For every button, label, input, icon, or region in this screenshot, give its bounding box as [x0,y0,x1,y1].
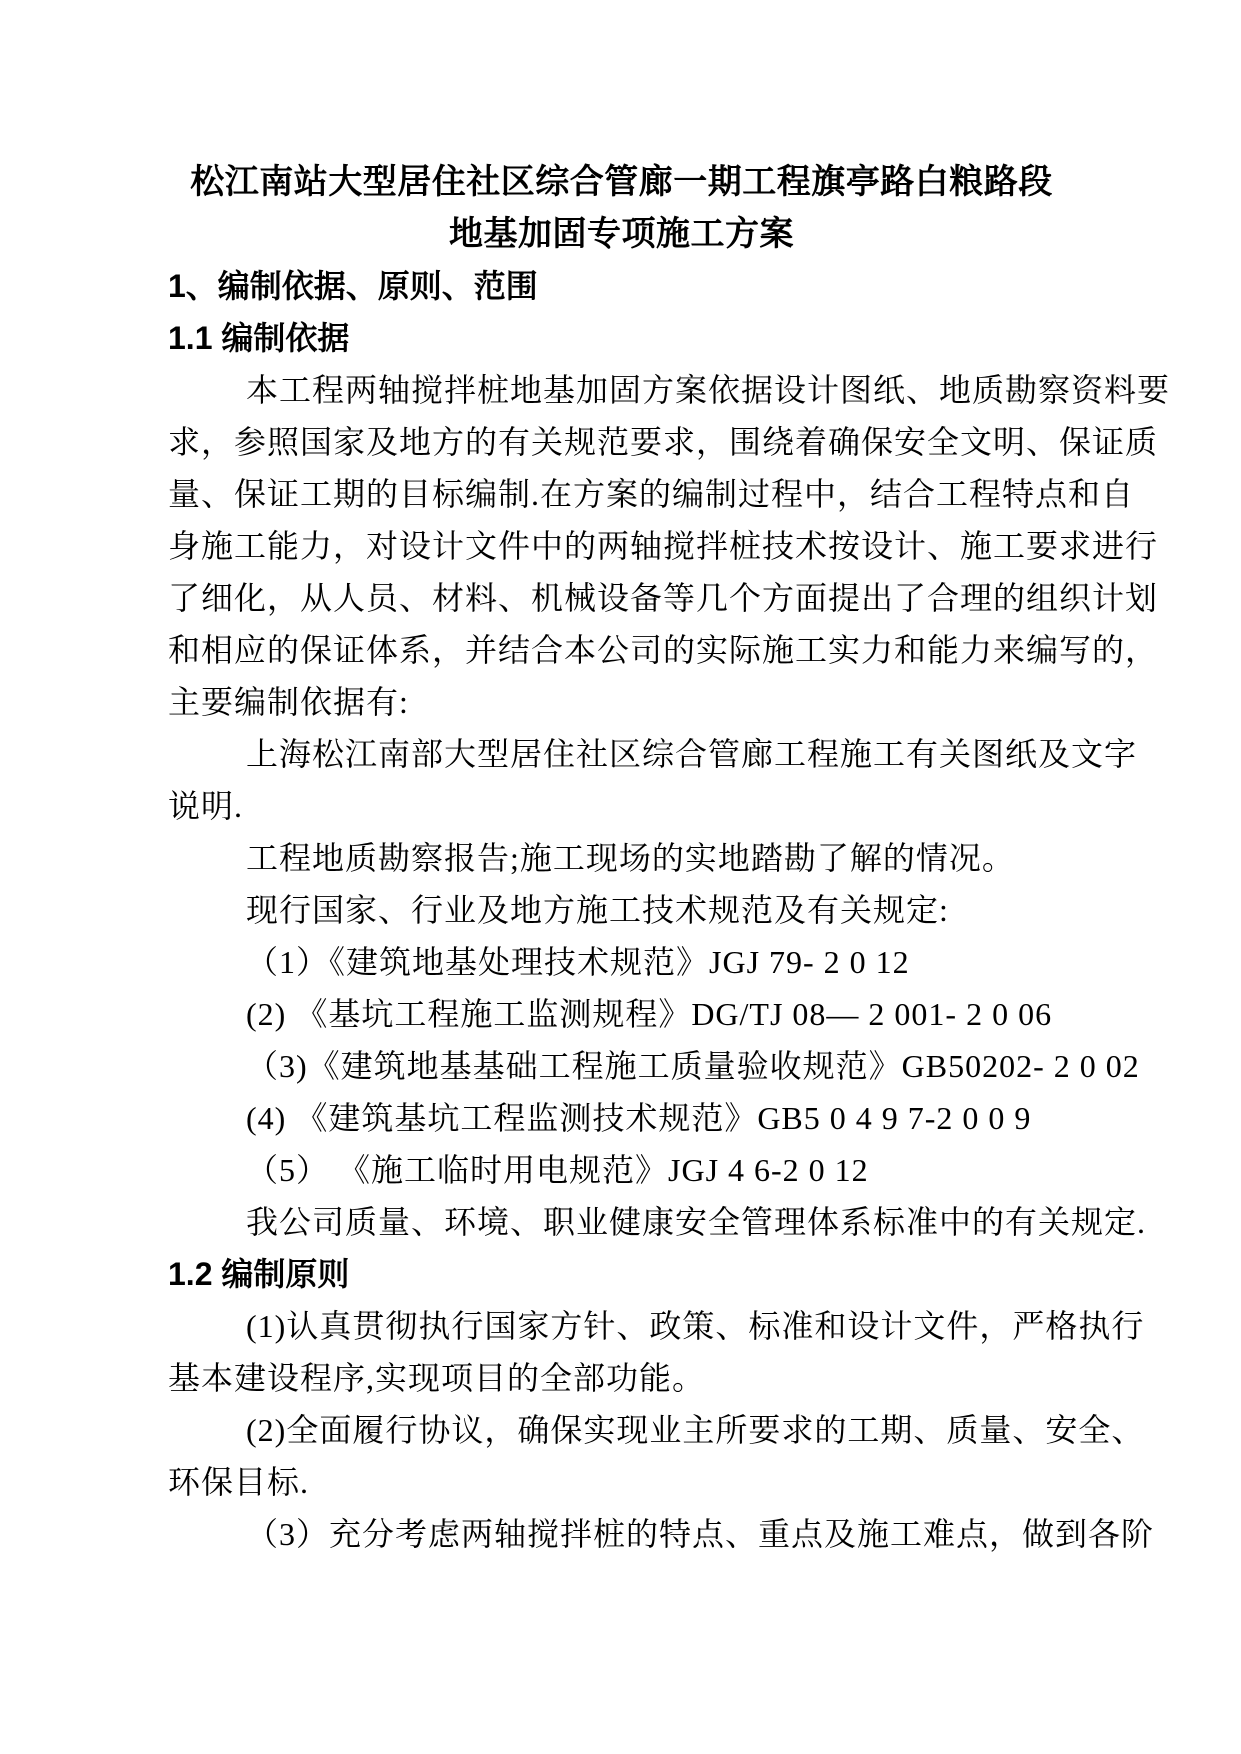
body-line: 基本建设程序,实现项目的全部功能。 [168,1352,1075,1404]
body-line: 上海松江南部大型居住社区综合管廊工程施工有关图纸及文字 [168,728,1075,780]
section-heading: 1、编制依据、原则、范围 [168,260,1075,312]
body-line: 了细化，从人员、材料、机械设备等几个方面提出了合理的组织计划 [168,572,1075,624]
body-line: 环保目标. [168,1456,1075,1508]
body-line: （5） 《施工临时用电规范》JGJ 4 6-2 0 12 [168,1144,1075,1196]
document-body: 1、编制依据、原则、范围1.1 编制依据本工程两轴搅拌桩地基加固方案依据设计图纸… [168,260,1075,1560]
body-line: （3)《建筑地基基础工程施工质量验收规范》GB50202- 2 0 02 [168,1040,1075,1092]
body-line: 现行国家、行业及地方施工技术规范及有关规定: [168,884,1075,936]
body-line: (1)认真贯彻执行国家方针、政策、标准和设计文件，严格执行 [168,1300,1075,1352]
body-line: 说明. [168,780,1075,832]
document-title-line-2: 地基加固专项施工方案 [168,208,1075,260]
body-line: （3）充分考虑两轴搅拌桩的特点、重点及施工难点，做到各阶 [168,1508,1075,1560]
body-line: （1）《建筑地基处理技术规范》JGJ 79- 2 0 12 [168,936,1075,988]
body-line: 身施工能力，对设计文件中的两轴搅拌桩技术按设计、施工要求进行 [168,520,1075,572]
body-line: 工程地质勘察报告;施工现场的实地踏勘了解的情况。 [168,832,1075,884]
body-line: (4) 《建筑基坑工程监测技术规范》GB5 0 4 9 7-2 0 0 9 [168,1092,1075,1144]
document-page: 松江南站大型居住社区综合管廊一期工程旗亭路白粮路段 地基加固专项施工方案 1、编… [0,0,1241,1754]
body-line: 主要编制依据有: [168,676,1075,728]
subsection-heading: 1.1 编制依据 [168,312,1075,364]
body-line: (2)全面履行协议，确保实现业主所要求的工期、质量、安全、 [168,1404,1075,1456]
body-line: 和相应的保证体系，并结合本公司的实际施工实力和能力来编写的， [168,624,1075,676]
body-line: (2) 《基坑工程施工监测规程》DG/TJ 08— 2 001- 2 0 06 [168,988,1075,1040]
body-line: 本工程两轴搅拌桩地基加固方案依据设计图纸、地质勘察资料要 [168,364,1075,416]
body-line: 量、保证工期的目标编制.在方案的编制过程中，结合工程特点和自 [168,468,1075,520]
document-title: 松江南站大型居住社区综合管廊一期工程旗亭路白粮路段 地基加固专项施工方案 [168,156,1075,260]
body-line: 我公司质量、环境、职业健康安全管理体系标准中的有关规定. [168,1196,1075,1248]
body-line: 求，参照国家及地方的有关规范要求，围绕着确保安全文明、保证质 [168,416,1075,468]
document-title-line-1: 松江南站大型居住社区综合管廊一期工程旗亭路白粮路段 [168,156,1075,208]
subsection-heading: 1.2 编制原则 [168,1248,1075,1300]
